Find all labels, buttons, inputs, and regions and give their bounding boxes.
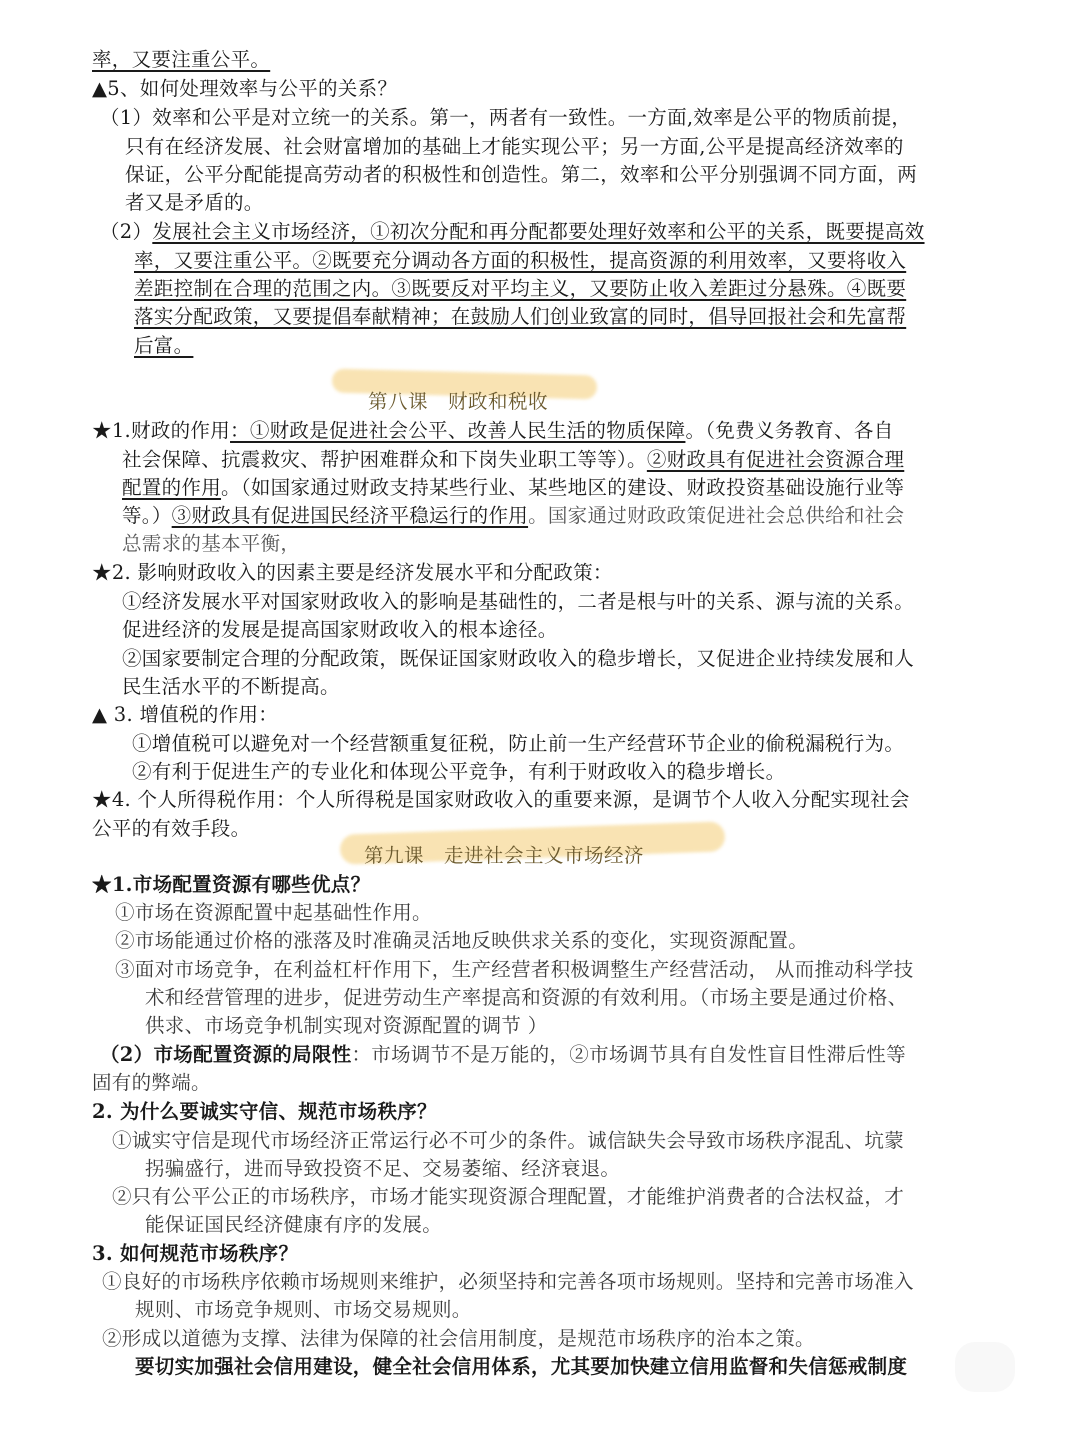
watermark-logo-icon	[955, 1342, 1015, 1392]
document-page: 率，又要注重公平。 ▲5、如何处理效率与公平的关系？ （1）效率和公平是对立统一…	[0, 0, 1080, 1441]
l8-item1-line: 配置的作用。（如国家通过财政支持某些行业、某些地区的建设、财政投资基础设施行业等	[122, 475, 904, 501]
q5-p2-line: 率，又要注重公平。②既要充分调动各方面的积极性，提高资源的利用效率，又要将收入	[134, 248, 906, 274]
q5-p1-line: 只有在经济发展、社会财富增加的基础上才能实现公平；另一方面,公平是提高经济效率的	[125, 134, 904, 160]
l8-item2-line: 民生活水平的不断提高。	[122, 674, 340, 700]
l8-item2-line: ②国家要制定合理的分配政策，既保证国家财政收入的稳步增长，又促进企业持续发展和人	[122, 646, 914, 672]
l9-item1-title: ★1.市场配置资源有哪些优点？	[92, 872, 370, 898]
l8-item1-line: 总需求的基本平衡，	[122, 531, 300, 557]
lesson9-heading: 第九课 走进社会主义市场经济	[364, 843, 644, 869]
star-marker-icon: ★	[92, 419, 112, 442]
q5-p1-line: 保证，公平分配能提高劳动者的积极性和创造性。第二，效率和公平分别强调不同方面，两	[125, 162, 917, 188]
l8-item4-line: ★4. 个人所得税作用：个人所得税是国家财政收入的重要来源，是调节个人收入分配实…	[92, 787, 910, 813]
l8-item3-title: ▲ 3. 增值税的作用：	[92, 702, 278, 728]
l9-item1-line: ②市场能通过价格的涨落及时准确灵活地反映供求关系的变化，实现资源配置。	[115, 928, 808, 954]
l9-item2-line: 拐骗盛行，进而导致投资不足、交易萎缩、经济衰退。	[145, 1156, 620, 1182]
q5-p2-line: 落实分配政策，又要提倡奉献精神；在鼓励人们创业致富的同时，倡导回报社会和先富帮	[134, 304, 906, 330]
l9-item3-title: 3. 如何规范市场秩序？	[92, 1241, 298, 1267]
q5-p2-line: 差距控制在合理的范围之内。③既要反对平均主义，又要防止收入差距过分悬殊。④既要	[134, 276, 906, 302]
l9-item3-line: 规则、市场竞争规则、市场交易规则。	[135, 1297, 472, 1323]
l8-item3-line: ①增值税可以避免对一个经营额重复征税，防止前一生产经营环节企业的偷税漏税行为。	[132, 731, 904, 757]
l9-item3-bold-line: 要切实加强社会信用建设，健全社会信用体系，尤其要加快建立信用监督和失信惩戒制度	[135, 1354, 907, 1380]
l9-item1-line: 供求、市场竞争机制实现对资源配置的调节 ）	[145, 1013, 548, 1039]
l9-item3-line: ①良好的市场秩序依赖市场规则来维护，必须坚持和完善各项市场规则。坚持和完善市场准…	[102, 1269, 914, 1295]
star-marker-icon: ★	[92, 873, 112, 896]
l9-item2-line: 能保证国民经济健康有序的发展。	[145, 1212, 442, 1238]
q5-p2-line: （2）发展社会主义市场经济，①初次分配和再分配都要处理好效率和公平的关系，既要提…	[100, 219, 925, 245]
l9-item2-line: ①诚实守信是现代市场经济正常运行必不可少的条件。诚信缺失会导致市场秩序混乱、坑蒙	[112, 1128, 904, 1154]
l8-item2-line: ①经济发展水平对国家财政收入的影响是基础性的，二者是根与叶的关系、源与流的关系。	[122, 589, 914, 615]
l8-item1-line: 等。）③财政具有促进国民经济平稳运行的作用。国家通过财政政策促进社会总供给和社会	[122, 503, 904, 529]
l8-item2-title: ★2. 影响财政收入的因素主要是经济发展水平和分配政策：	[92, 560, 613, 586]
l9-item2-title: 2. 为什么要诚实守信、规范市场秩序？	[92, 1099, 437, 1125]
q5-p2-line: 后富。	[134, 333, 193, 359]
triangle-marker-icon: ▲	[92, 77, 107, 100]
q5-title: ▲5、如何处理效率与公平的关系？	[92, 76, 397, 102]
q5-p1-line: （1）效率和公平是对立统一的关系。第一，两者有一致性。一方面,效率是公平的物质前…	[100, 105, 911, 131]
l9-item3-line: ②形成以道德为支撑、法律为保障的社会信用制度，是规范市场秩序的治本之策。	[102, 1326, 815, 1352]
triangle-marker-icon: ▲	[92, 703, 107, 726]
l8-item1-line: ★1.财政的作用：①财政是促进社会公平、改善人民生活的物质保障。（免费义务教育、…	[92, 418, 894, 444]
q5-p1-line: 者又是矛盾的。	[125, 190, 264, 216]
l9-item2-line: ②只有公平公正的市场秩序，市场才能实现资源合理配置，才能维护消费者的合法权益，才	[112, 1184, 904, 1210]
star-marker-icon: ★	[92, 788, 112, 811]
l8-item3-line: ②有利于促进生产的专业化和体现公平竞争，有利于财政收入的稳步增长。	[132, 759, 785, 785]
l9-limit-line: （2）市场配置资源的局限性：市场调节不是万能的，②市场调节具有自发性盲目性滞后性…	[100, 1042, 906, 1068]
l8-item4-line: 公平的有效手段。	[92, 816, 250, 842]
lesson8-heading: 第八课 财政和税收	[368, 389, 548, 415]
l9-item1-line: ①市场在资源配置中起基础性作用。	[115, 900, 432, 926]
l9-item1-line: ③面对市场竞争，在利益杠杆作用下，生产经营者积极调整生产经营活动， 从而推动科学…	[115, 957, 914, 983]
l9-limit-line: 固有的弊端。	[92, 1070, 211, 1096]
continuation-line: 率，又要注重公平。	[92, 47, 270, 73]
star-marker-icon: ★	[92, 561, 112, 584]
l8-item2-line: 促进经济的发展是提高国家财政收入的根本途径。	[122, 617, 558, 643]
l9-item1-line: 术和经营管理的进步，促进劳动生产率提高和资源的有效利用。（市场主要是通过价格、	[145, 985, 907, 1011]
l8-item1-line: 社会保障、抗震救灾、帮护困难群众和下岗失业职工等等）。②财政具有促进社会资源合理	[122, 447, 904, 473]
